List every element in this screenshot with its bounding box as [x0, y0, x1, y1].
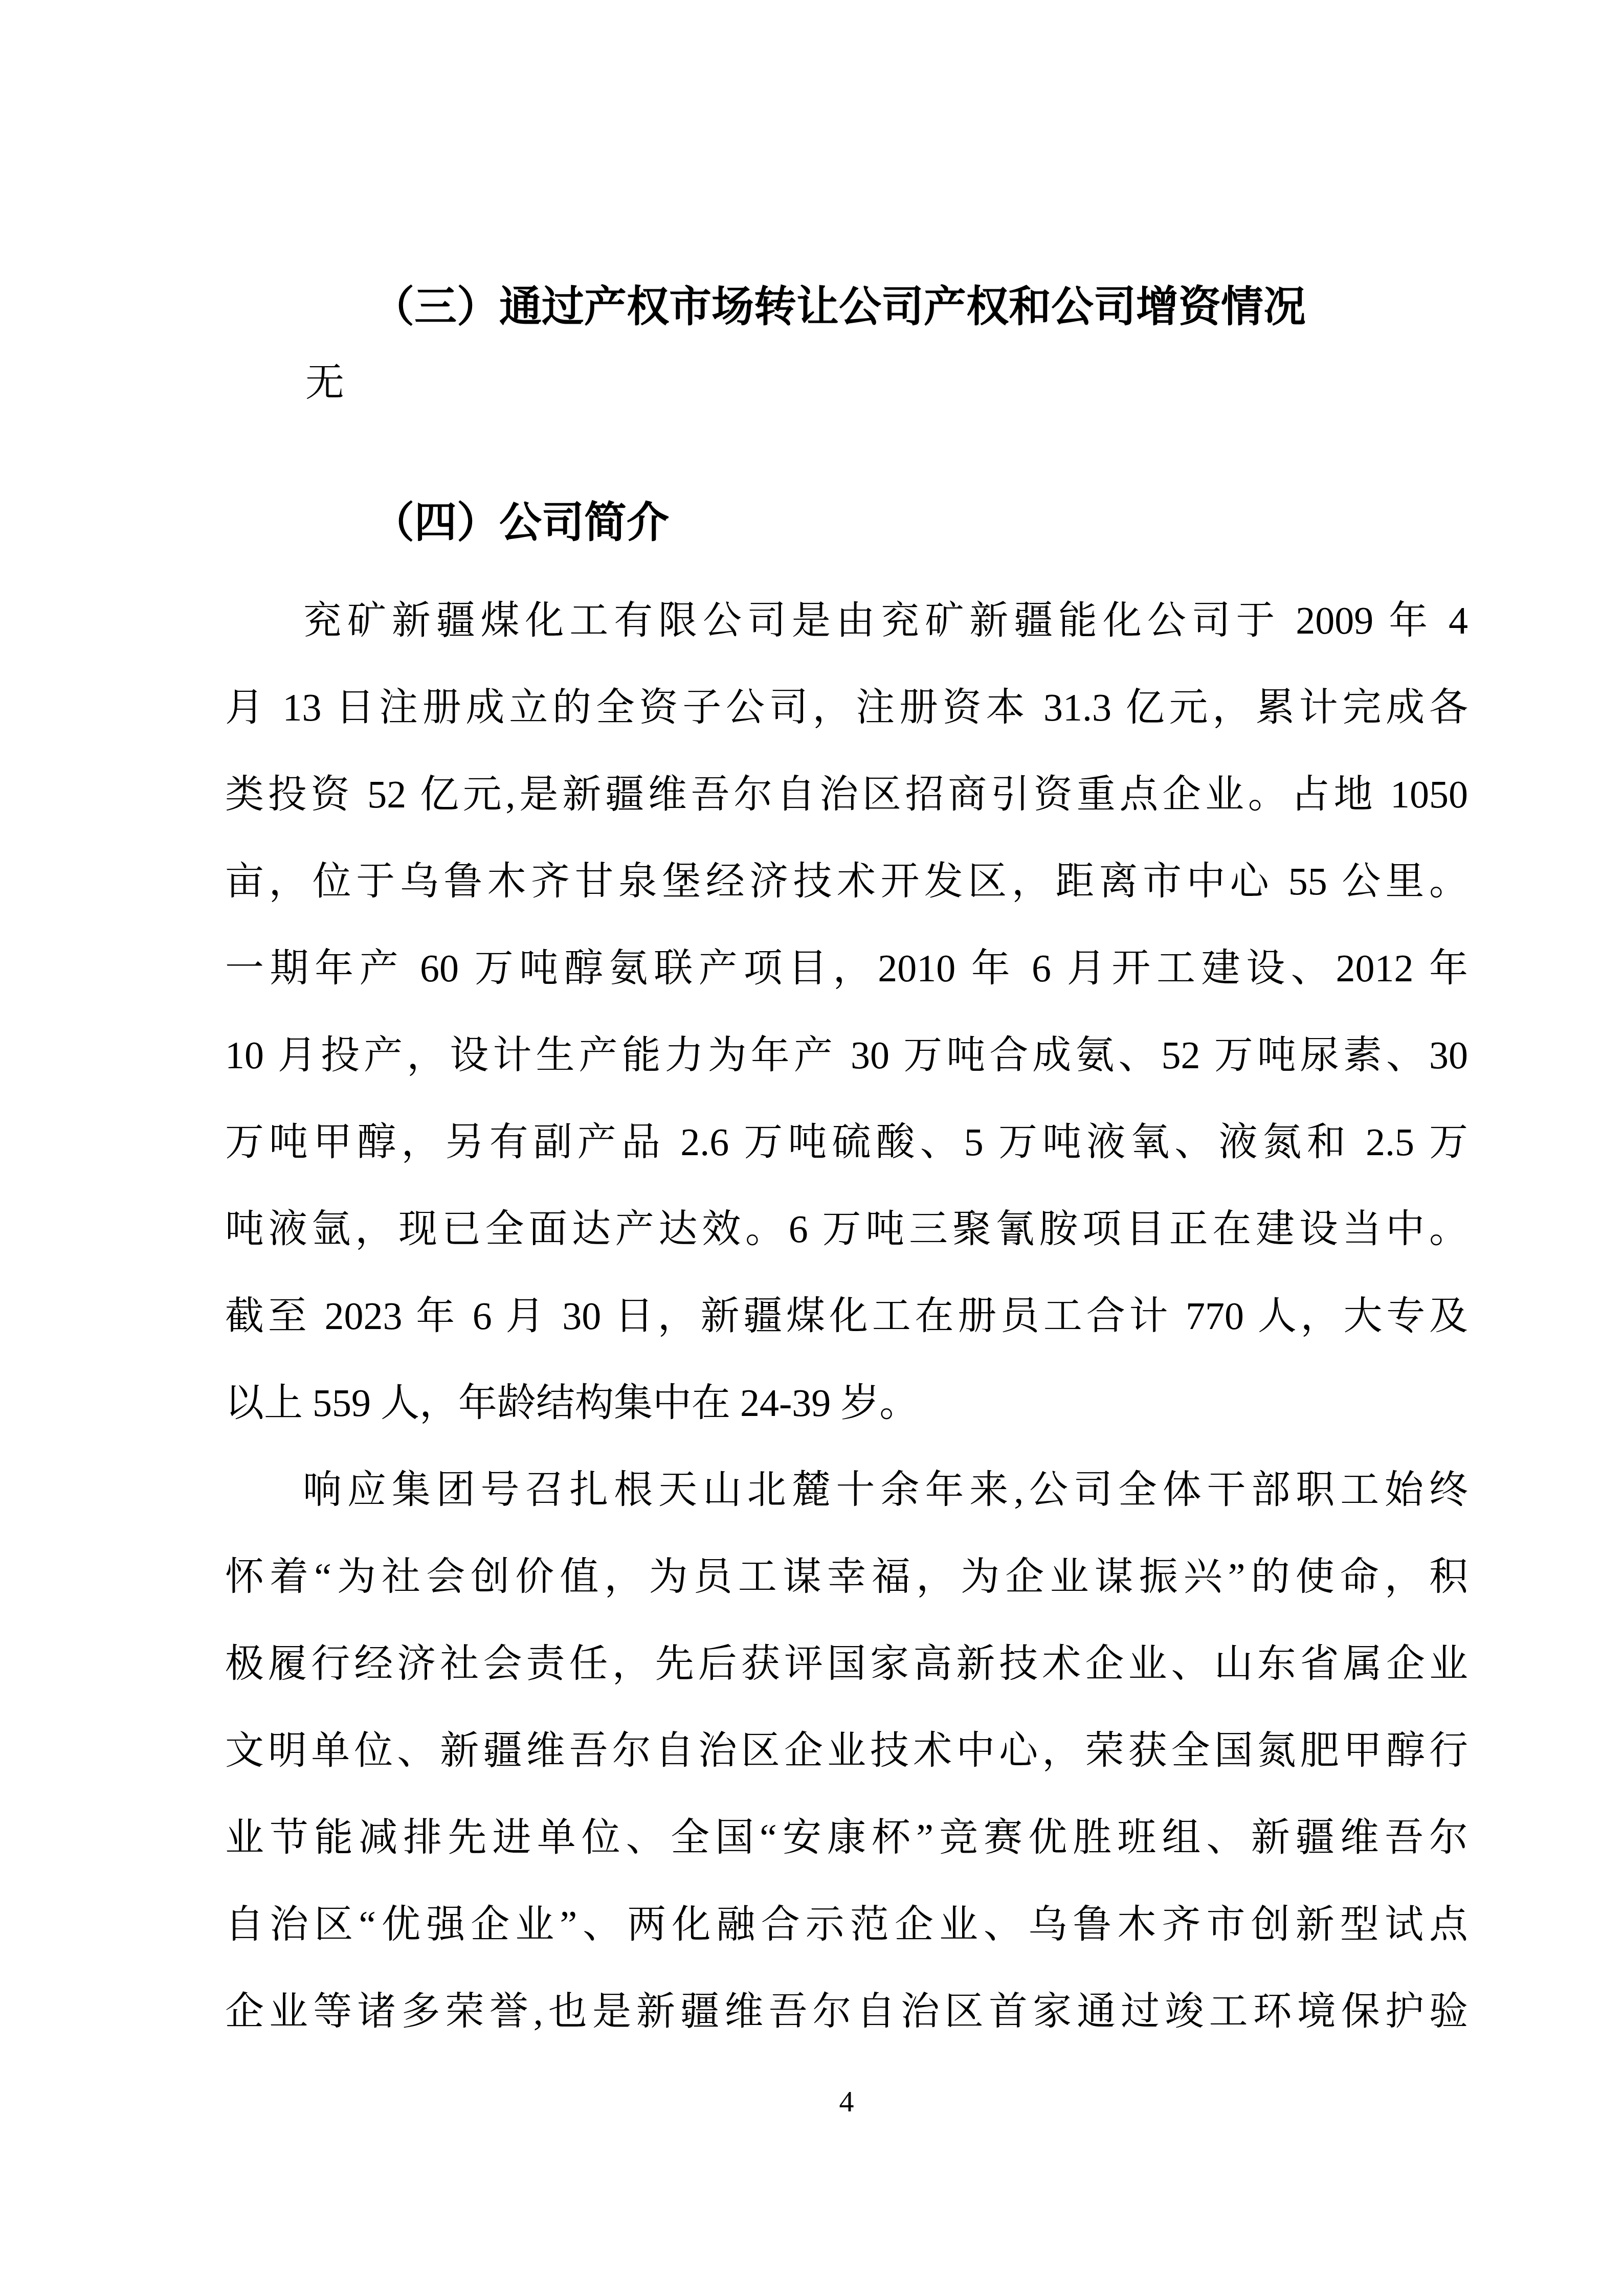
text-line: 响应集团号召扎根天山北麓十余年来,公司全体干部职工始终 [225, 1447, 1468, 1534]
text-line: 业节能减排先进单位、全国“安康杯”竞赛优胜班组、新疆维吾尔 [225, 1794, 1468, 1881]
text-line: 怀着“为社会创价值，为员工谋幸福，为企业谋振兴”的使命，积 [225, 1534, 1468, 1620]
text-line: 亩，位于乌鲁木齐甘泉堡经济技术开发区，距离市中心 55 公里。 [225, 838, 1468, 925]
text-line: 一期年产 60 万吨醇氨联产项目，2010 年 6 月开工建设、2012 年 [225, 925, 1468, 1012]
section-heading-3: （三）通过产权市场转让公司产权和公司增资情况 [225, 281, 1468, 332]
section-3-content-none: 无 [225, 359, 1468, 408]
company-profile-paragraph-2: 响应集团号召扎根天山北麓十余年来,公司全体干部职工始终怀着“为社会创价值，为员工… [225, 1447, 1468, 2055]
text-line: 以上 559 人，年龄结构集中在 24-39 岁。 [225, 1360, 1468, 1447]
text-line: 极履行经济社会责任，先后获评国家高新技术企业、山东省属企业 [225, 1620, 1468, 1707]
text-line: 万吨甲醇，另有副产品 2.6 万吨硫酸、5 万吨液氧、液氮和 2.5 万 [225, 1099, 1468, 1186]
text-line: 10 月投产，设计生产能力为年产 30 万吨合成氨、52 万吨尿素、30 [225, 1012, 1468, 1099]
section-heading-4: （四）公司简介 [225, 497, 1468, 548]
document-page: （三）通过产权市场转让公司产权和公司增资情况 无 （四）公司简介 兖矿新疆煤化工… [0, 0, 1624, 2296]
text-line: 吨液氩，现已全面达产达效。6 万吨三聚氰胺项目正在建设当中。 [225, 1186, 1468, 1273]
text-line: 文明单位、新疆维吾尔自治区企业技术中心，荣获全国氮肥甲醇行 [225, 1707, 1468, 1794]
text-line: 月 13 日注册成立的全资子公司，注册资本 31.3 亿元，累计完成各 [225, 664, 1468, 751]
company-profile-paragraph-1: 兖矿新疆煤化工有限公司是由兖矿新疆能化公司于 2009 年 4月 13 日注册成… [225, 577, 1468, 1447]
text-line: 类投资 52 亿元,是新疆维吾尔自治区招商引资重点企业。占地 1050 [225, 751, 1468, 838]
text-line: 企业等诸多荣誉,也是新疆维吾尔自治区首家通过竣工环境保护验 [225, 1968, 1468, 2055]
text-line: 截至 2023 年 6 月 30 日，新疆煤化工在册员工合计 770 人，大专及 [225, 1273, 1468, 1360]
text-line: 自治区“优强企业”、两化融合示范企业、乌鲁木齐市创新型试点 [225, 1881, 1468, 1968]
company-profile-body: 兖矿新疆煤化工有限公司是由兖矿新疆能化公司于 2009 年 4月 13 日注册成… [225, 577, 1468, 2055]
text-line: 兖矿新疆煤化工有限公司是由兖矿新疆能化公司于 2009 年 4 [225, 577, 1468, 664]
page-number: 4 [225, 2084, 1468, 2119]
